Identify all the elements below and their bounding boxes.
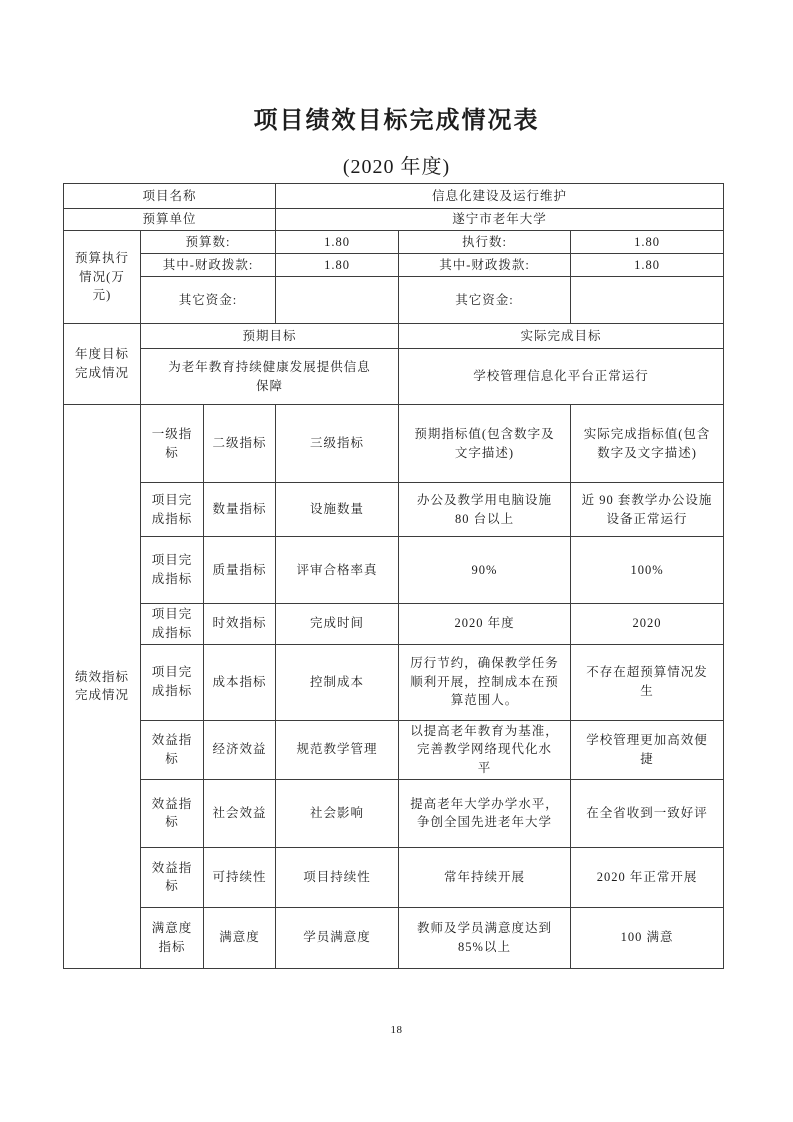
other-funds-value-left — [276, 277, 399, 324]
level3-cell: 评审合格率真 — [276, 537, 399, 604]
fiscal-allocation-label-right: 其中-财政拨款: — [399, 254, 571, 277]
expected-value-cell: 2020 年度 — [399, 604, 571, 645]
expected-value-cell: 以提高老年教育为基准， 完善教学网络现代化水 平 — [399, 720, 571, 779]
indicator-header-row: 绩效指标 完成情况 一级指 标 二级指标 三级指标 预期指标值(包含数字及 文字… — [64, 405, 724, 483]
actual-value-cell: 学校管理更加高效便 捷 — [571, 720, 724, 779]
document-page: 项目绩效目标完成情况表 (2020 年度) 项目名称 信息化建设及运行维护 预算… — [0, 0, 793, 1122]
page-number: 18 — [0, 1024, 793, 1036]
expected-value-cell: 常年持续开展 — [399, 847, 571, 907]
indicator-row: 效益指 标 社会效益 社会影响 提高老年大学办学水平， 争创全国先进老年大学 在… — [64, 779, 724, 847]
actual-value-cell: 近 90 套教学办公设施 设备正常运行 — [571, 483, 724, 537]
level3-cell: 项目持续性 — [276, 847, 399, 907]
page-subtitle: (2020 年度) — [0, 150, 793, 179]
level1-cell: 项目完 成指标 — [141, 644, 204, 720]
project-name-label: 项目名称 — [64, 184, 276, 209]
execution-amount-value: 1.80 — [571, 231, 724, 254]
level3-cell: 社会影响 — [276, 779, 399, 847]
level3-cell: 学员满意度 — [276, 907, 399, 968]
level2-indicator-header: 二级指标 — [204, 405, 276, 483]
indicator-row: 满意度 指标 满意度 学员满意度 教师及学员满意度达到 85%以上 100 满意 — [64, 907, 724, 968]
fiscal-allocation-value-right: 1.80 — [571, 254, 724, 277]
performance-table: 项目名称 信息化建设及运行维护 预算单位 遂宁市老年大学 预算执行 情况(万 元… — [63, 183, 724, 969]
indicator-row: 项目完 成指标 数量指标 设施数量 办公及教学用电脑设施 80 台以上 近 90… — [64, 483, 724, 537]
level3-indicator-header: 三级指标 — [276, 405, 399, 483]
other-funds-label-left: 其它资金: — [141, 277, 276, 324]
other-funds-label-right: 其它资金: — [399, 277, 571, 324]
fiscal-allocation-label-left: 其中-财政拨款: — [141, 254, 276, 277]
level1-cell: 效益指 标 — [141, 779, 204, 847]
level1-cell: 满意度 指标 — [141, 907, 204, 968]
level3-cell: 完成时间 — [276, 604, 399, 645]
indicator-row: 项目完 成指标 成本指标 控制成本 厉行节约，确保教学任务 顺利开展，控制成本在… — [64, 644, 724, 720]
expected-goal-header: 预期目标 — [141, 324, 399, 349]
page-title: 项目绩效目标完成情况表 — [0, 100, 793, 135]
budget-unit-label: 预算单位 — [64, 209, 276, 231]
actual-value-cell: 不存在超预算情况发 生 — [571, 644, 724, 720]
indicator-row: 效益指 标 可持续性 项目持续性 常年持续开展 2020 年正常开展 — [64, 847, 724, 907]
fiscal-allocation-value-left: 1.80 — [276, 254, 399, 277]
level2-cell: 时效指标 — [204, 604, 276, 645]
actual-goal-header: 实际完成目标 — [399, 324, 724, 349]
level2-cell: 社会效益 — [204, 779, 276, 847]
actual-value-cell: 在全省收到一致好评 — [571, 779, 724, 847]
expected-value-cell: 90% — [399, 537, 571, 604]
actual-value-cell: 2020 年正常开展 — [571, 847, 724, 907]
annual-goal-value-row: 为老年教育持续健康发展提供信息 保障 学校管理信息化平台正常运行 — [64, 349, 724, 405]
expected-value-cell: 教师及学员满意度达到 85%以上 — [399, 907, 571, 968]
indicator-section-label: 绩效指标 完成情况 — [64, 405, 141, 969]
expected-value-cell: 提高老年大学办学水平， 争创全国先进老年大学 — [399, 779, 571, 847]
level3-cell: 控制成本 — [276, 644, 399, 720]
budget-unit-value: 遂宁市老年大学 — [276, 209, 724, 231]
actual-value-cell: 2020 — [571, 604, 724, 645]
expected-value-cell: 办公及教学用电脑设施 80 台以上 — [399, 483, 571, 537]
level1-indicator-header: 一级指 标 — [141, 405, 204, 483]
budget-section-label: 预算执行 情况(万 元) — [64, 231, 141, 324]
execution-amount-label: 执行数: — [399, 231, 571, 254]
budget-row: 预算执行 情况(万 元) 预算数: 1.80 执行数: 1.80 — [64, 231, 724, 254]
actual-value-cell: 100 满意 — [571, 907, 724, 968]
level2-cell: 满意度 — [204, 907, 276, 968]
level1-cell: 项目完 成指标 — [141, 483, 204, 537]
indicator-row: 项目完 成指标 时效指标 完成时间 2020 年度 2020 — [64, 604, 724, 645]
level2-cell: 经济效益 — [204, 720, 276, 779]
actual-goal-value: 学校管理信息化平台正常运行 — [399, 349, 724, 405]
level2-cell: 数量指标 — [204, 483, 276, 537]
budget-amount-label: 预算数: — [141, 231, 276, 254]
level2-cell: 质量指标 — [204, 537, 276, 604]
project-name-row: 项目名称 信息化建设及运行维护 — [64, 184, 724, 209]
level1-cell: 项目完 成指标 — [141, 537, 204, 604]
budget-unit-row: 预算单位 遂宁市老年大学 — [64, 209, 724, 231]
indicator-row: 效益指 标 经济效益 规范教学管理 以提高老年教育为基准， 完善教学网络现代化水… — [64, 720, 724, 779]
level1-cell: 效益指 标 — [141, 847, 204, 907]
expected-goal-value: 为老年教育持续健康发展提供信息 保障 — [141, 349, 399, 405]
indicator-row: 项目完 成指标 质量指标 评审合格率真 90% 100% — [64, 537, 724, 604]
level2-cell: 成本指标 — [204, 644, 276, 720]
level3-cell: 设施数量 — [276, 483, 399, 537]
other-funds-value-right — [571, 277, 724, 324]
expected-indicator-header: 预期指标值(包含数字及 文字描述) — [399, 405, 571, 483]
level1-cell: 效益指 标 — [141, 720, 204, 779]
budget-row: 其它资金: 其它资金: — [64, 277, 724, 324]
budget-amount-value: 1.80 — [276, 231, 399, 254]
level1-cell: 项目完 成指标 — [141, 604, 204, 645]
actual-value-cell: 100% — [571, 537, 724, 604]
level3-cell: 规范教学管理 — [276, 720, 399, 779]
expected-value-cell: 厉行节约，确保教学任务 顺利开展，控制成本在预 算范围人。 — [399, 644, 571, 720]
annual-goal-section-label: 年度目标 完成情况 — [64, 324, 141, 405]
budget-row: 其中-财政拨款: 1.80 其中-财政拨款: 1.80 — [64, 254, 724, 277]
actual-indicator-header: 实际完成指标值(包含 数字及文字描述) — [571, 405, 724, 483]
annual-goal-header-row: 年度目标 完成情况 预期目标 实际完成目标 — [64, 324, 724, 349]
level2-cell: 可持续性 — [204, 847, 276, 907]
project-name-value: 信息化建设及运行维护 — [276, 184, 724, 209]
